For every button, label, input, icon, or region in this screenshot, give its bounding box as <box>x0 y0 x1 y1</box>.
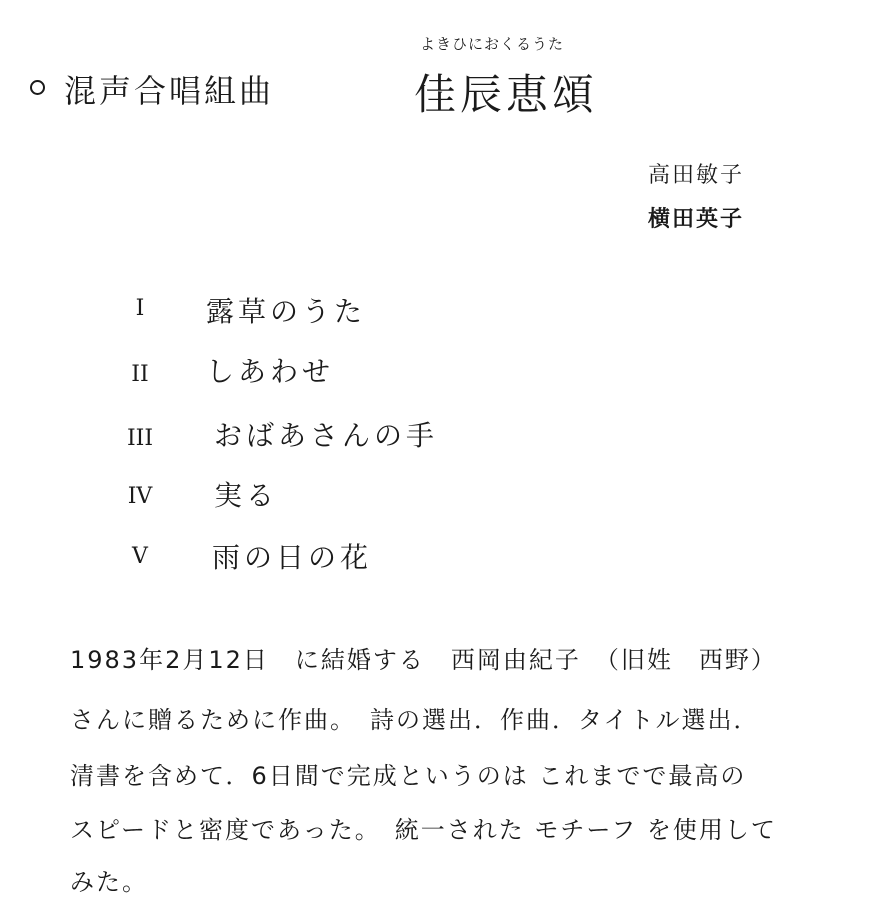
lyricist-name: 高田敏子 <box>648 158 744 189</box>
movement-number: I <box>120 296 160 321</box>
note-line: スピードと密度であった。 統一された モチーフ を使用して <box>70 810 777 845</box>
note-line: みた。 <box>70 862 148 897</box>
bullet-icon <box>30 80 45 95</box>
movement-number: IV <box>120 484 160 509</box>
note-line: 清書を含めて．6日間で完成というのは これまでで最高の <box>70 756 746 791</box>
movement-title: おばあさんの手 <box>214 414 438 454</box>
movement-title: 露草のうた <box>206 290 366 330</box>
movement-title: 実る <box>214 474 278 514</box>
composer-name: 横田英子 <box>648 202 744 233</box>
note-line: 1983年2月12日 に結婚する 西岡由紀子 （旧姓 西野） <box>70 640 777 675</box>
movement-number: III <box>120 426 160 451</box>
movement-title: しあわせ <box>206 350 334 390</box>
genre-label: 混声合唱組曲 <box>64 66 274 112</box>
movement-title: 雨の日の花 <box>212 536 372 576</box>
suite-title: 佳辰恵頌 <box>414 62 598 122</box>
note-line: さんに贈るために作曲。 詩の選出．作曲．タイトル選出． <box>70 700 760 735</box>
movement-number: V <box>120 544 160 569</box>
movement-number: II <box>120 362 160 387</box>
title-furigana: よきひにおくるうた <box>420 33 564 54</box>
